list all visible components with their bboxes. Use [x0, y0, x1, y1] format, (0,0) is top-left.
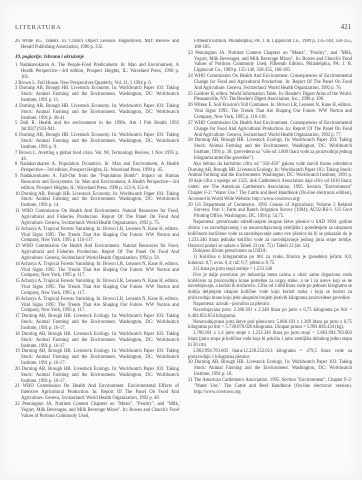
reference-entry: 28 Durning AB, Brough HB. Livestock Ecol…	[188, 138, 352, 161]
reference-entry: 1 Nadakavukaren A. The People-Food Predi…	[15, 63, 179, 81]
reference-entry: 17 Durning AB, Brough HB. Livestock Ecol…	[15, 314, 179, 332]
reference-entry: 29 US Department of Commerce. 1992 Censu…	[188, 203, 352, 221]
reference-entry: 8 Nadakavukaren A. Population Dynamics. …	[15, 162, 179, 174]
reference-number: 14	[15, 262, 21, 267]
reference-entry: 21 WHO Commission On Health And Environm…	[15, 384, 179, 402]
reference-entry: 22 Pennington JA. Nutrient Content Chapt…	[15, 402, 179, 420]
reference-number: 26	[15, 39, 22, 44]
note-paragraph: 1) Količina u kilogramima po litri za sv…	[188, 255, 352, 267]
reference-entry: 20 Durning AB, Brough HB. Livestock Ecol…	[15, 367, 179, 385]
left-column: 26 White EG. Talents. In: Christ's Objec…	[15, 39, 179, 462]
reference-number: 26	[188, 103, 194, 108]
reference-entry: 23 Pennington JA. Nutrient Content Chapt…	[188, 51, 352, 74]
reference-entry: 27 WHO Commission On Health And Environm…	[188, 121, 352, 139]
reference-entry: 25 Gardner R, editor. World Information …	[188, 92, 352, 104]
page-number: 421	[341, 24, 351, 31]
reference-number: 13	[15, 244, 22, 249]
note-paragraph: Napomena: preračunato određivanjem ukupn…	[188, 220, 352, 249]
reference-number: 17	[15, 314, 21, 319]
note-paragraph: Ako želimo da koristimo cifru od "350-45…	[188, 162, 352, 203]
note-paragraph: Navodnjavana jutra: 2.386.301 x 2.248 li…	[188, 308, 352, 320]
reference-entry: 3 Durning AB, Brough HB. Livestock Econo…	[15, 86, 179, 104]
reference-entry: 11 WHO Commission On Health And Environm…	[15, 209, 179, 227]
reference-number: 25	[188, 92, 194, 97]
reference-entry: 30 Durning AB, Brough HB. Livestock Ecol…	[188, 360, 352, 378]
reference-number: 8	[15, 162, 20, 167]
reference-number: 4	[15, 104, 19, 109]
chapter-heading: 19. poglavlje: Ishrana i okruženje	[15, 55, 179, 61]
reference-number: 9	[15, 174, 20, 179]
reference-number: 15	[15, 279, 21, 284]
reference-number: 1	[15, 63, 20, 68]
reference-entry: 26 Wilken E. Soil Erosion's Toll Continu…	[188, 103, 352, 121]
reference-number: 16	[15, 297, 21, 302]
reference-number: 31	[188, 378, 194, 383]
reference-entry: 4 Durning AB, Brough HB. Livestock Econo…	[15, 104, 179, 122]
reference-number: 22	[15, 402, 22, 407]
note-paragraph: Nenavodnjavana jutra žetve pod pšenicom:…	[188, 320, 352, 332]
reference-number: 29	[188, 203, 195, 208]
note-paragraph: Ovo je dalje povećano jer industrija mes…	[188, 273, 352, 302]
reference-entry: 24 WHO Commission On Health And Environm…	[188, 74, 352, 92]
reference-entry: 10 Durning AB, Brough HB. Livestock Econ…	[15, 192, 179, 210]
reference-number: 18	[15, 332, 21, 337]
reference-number: 10	[15, 192, 21, 197]
reference-entry: 12 Acharya A. Tropical Forests Vanishing…	[15, 227, 179, 245]
reference-entry: 9 Nadakavukaren A. Fall-Out from the "Po…	[15, 174, 179, 192]
reference-number: 19	[15, 349, 21, 354]
reference-number: 3	[15, 86, 19, 91]
reference-entry: 14 Acharya A. Tropical Forests Vanishing…	[15, 262, 179, 280]
reference-entry: 13 WHO Commission On Health And Environm…	[15, 244, 179, 262]
note-paragraph: 3.706.181 x 1,4 jutro stope x 1.233.346 …	[188, 331, 352, 349]
reference-entry: 5 Doll R. Health and the environment in …	[15, 121, 179, 133]
reference-number: 12	[15, 227, 21, 232]
reference-number: 2	[15, 81, 18, 86]
reference-entry: 18 Durning AB, Brough HB. Livestock Ecol…	[15, 332, 179, 350]
reference-number: 11	[15, 209, 22, 214]
reference-entry: 31 The American Cattlemen's Association.…	[188, 378, 352, 396]
reference-number: 27	[188, 121, 194, 126]
reference-number: 7	[15, 151, 19, 156]
right-column: Fifteenth Edition. Philadelphia, PA: J. …	[188, 39, 352, 462]
reference-number: 30	[188, 360, 194, 365]
reference-columns: 26 White EG. Talents. In: Christ's Objec…	[15, 39, 352, 462]
reference-entry: 16 Acharya A. Tropical Forests Vanishing…	[15, 297, 179, 315]
reference-entry: 6 Durning AB, Brough HB. Livestock Econo…	[15, 133, 179, 151]
reference-entry: 26 White EG. Talents. In: Christ's Objec…	[15, 39, 179, 51]
reference-entry: 15 Acharya A. Tropical Forests Vanishing…	[15, 279, 179, 297]
reference-entry: 7 Brown L. Averting a global food crisis…	[15, 151, 179, 163]
reference-continuation: Fifteenth Edition. Philadelphia, PA: J. …	[188, 39, 352, 51]
reference-number: 23	[188, 51, 195, 56]
reference-number: 28	[188, 138, 194, 143]
reference-number: 20	[15, 367, 21, 372]
reference-number: 24	[188, 74, 194, 79]
reference-number: 21	[15, 384, 23, 389]
book-page: LITERATURA 421 26 White EG. Talents. In:…	[0, 0, 362, 480]
reference-number: 5	[15, 121, 20, 126]
reference-number: 6	[15, 133, 19, 138]
running-title: LITERATURA	[15, 24, 61, 31]
reference-entry: 19 Durning AB, Brough HB. Livestock Ecol…	[15, 349, 179, 367]
page-header: LITERATURA 421	[15, 24, 351, 31]
note-paragraph: 5.863.994.783.603 litara/12.228.252.013 …	[188, 349, 352, 361]
